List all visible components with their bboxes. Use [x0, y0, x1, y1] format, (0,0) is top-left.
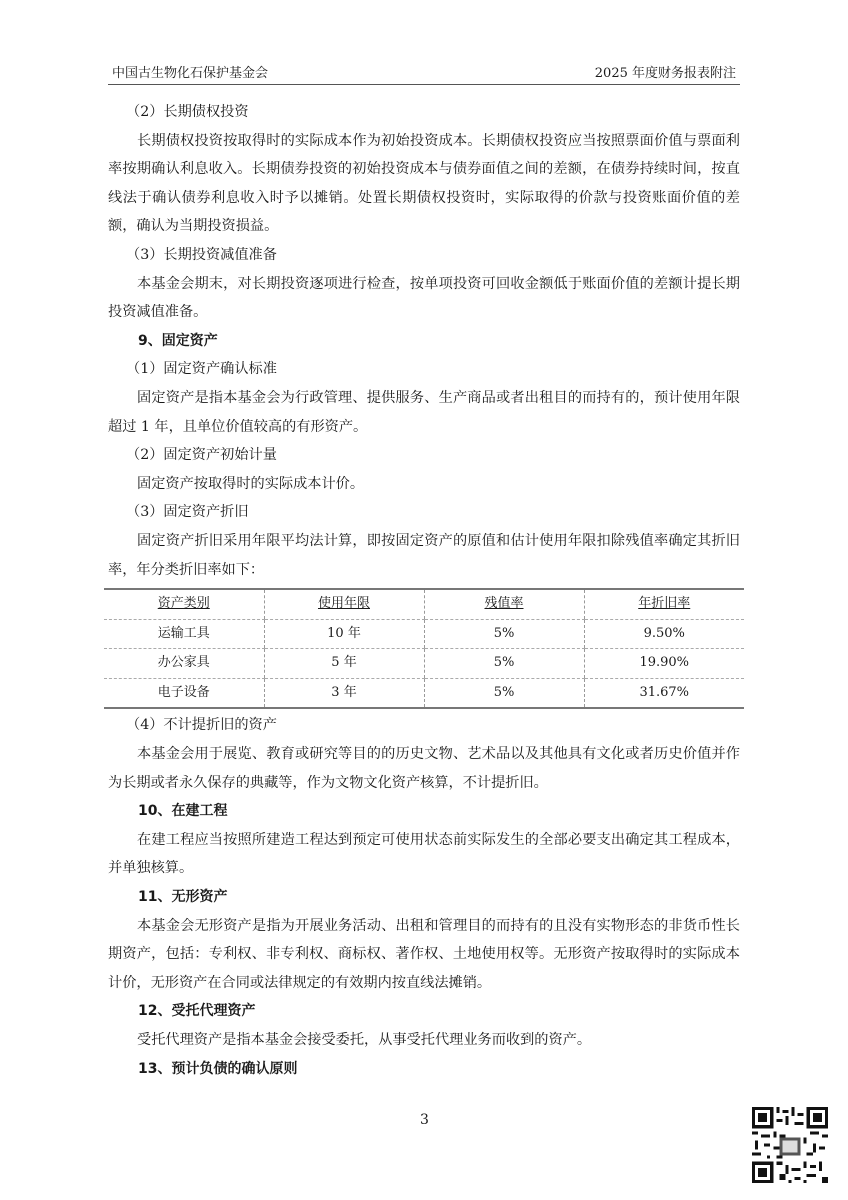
paragraph: 本基金会无形资产是指为开展业务活动、出租和管理目的而持有的且没有实物形态的非货币… [108, 912, 740, 998]
table-cell: 31.67% [584, 678, 744, 708]
table-row: 办公家具 5 年 5% 19.90% [104, 649, 744, 679]
table-cell: 9.50% [584, 619, 744, 649]
subsection-title: （4）不计提折旧的资产 [108, 711, 740, 740]
table-cell: 电子设备 [104, 678, 264, 708]
table-cell: 10 年 [264, 619, 424, 649]
paragraph: 固定资产折旧采用年限平均法计算，即按固定资产的原值和估计使用年限扣除残值率确定其… [108, 527, 740, 584]
section-heading: 12、受托代理资产 [108, 997, 740, 1026]
paragraph: 在建工程应当按照所建造工程达到预定可使用状态前实际发生的全部必要支出确定其工程成… [108, 826, 740, 883]
paragraph: 本基金会期末，对长期投资逐项进行检查，按单项投资可回收金额低于账面价值的差额计提… [108, 270, 740, 327]
document-body: （2）长期债权投资 长期债权投资按取得时的实际成本作为初始投资成本。长期债权投资… [108, 98, 740, 1083]
table-cell: 5% [424, 678, 584, 708]
table-row: 电子设备 3 年 5% 31.67% [104, 678, 744, 708]
table-cell: 办公家具 [104, 649, 264, 679]
subsection-title: （1）固定资产确认标准 [108, 355, 740, 384]
section-heading: 10、在建工程 [108, 797, 740, 826]
paragraph: 受托代理资产是指本基金会接受委托，从事受托代理业务而收到的资产。 [108, 1026, 740, 1055]
section-heading: 11、无形资产 [108, 883, 740, 912]
subsection-title: （3）固定资产折旧 [108, 498, 740, 527]
table-cell: 5 年 [264, 649, 424, 679]
subsection-title: （2）长期债权投资 [108, 98, 740, 127]
table-cell: 19.90% [584, 649, 744, 679]
table-cell: 5% [424, 649, 584, 679]
table-cell: 3 年 [264, 678, 424, 708]
paragraph: 长期债权投资按取得时的实际成本作为初始投资成本。长期债权投资应当按照票面价值与票… [108, 127, 740, 241]
table-cell: 5% [424, 619, 584, 649]
paragraph: 固定资产是指本基金会为行政管理、提供服务、生产商品或者出租目的而持有的，预计使用… [108, 384, 740, 441]
subsection-title: （3）长期投资减值准备 [108, 241, 740, 270]
page-header: 中国古生物化石保护基金会 2025 年度财务报表附注 [108, 58, 740, 85]
column-header: 使用年限 [264, 589, 424, 619]
table-cell: 运输工具 [104, 619, 264, 649]
header-report-title: 2025 年度财务报表附注 [595, 62, 736, 81]
header-organization: 中国古生物化石保护基金会 [112, 62, 268, 81]
page-number: 3 [420, 1112, 429, 1128]
paragraph: 本基金会用于展览、教育或研究等目的的历史文物、艺术品以及其他具有文化或者历史价值… [108, 740, 740, 797]
depreciation-table: 资产类别 使用年限 残值率 年折旧率 运输工具 10 年 5% 9.50% 办公… [104, 588, 744, 709]
qr-code-icon [752, 1107, 828, 1183]
table-header-row: 资产类别 使用年限 残值率 年折旧率 [104, 589, 744, 619]
column-header: 资产类别 [104, 589, 264, 619]
subsection-title: （2）固定资产初始计量 [108, 441, 740, 470]
paragraph: 固定资产按取得时的实际成本计价。 [108, 470, 740, 499]
column-header: 年折旧率 [584, 589, 744, 619]
section-heading: 9、固定资产 [108, 327, 740, 356]
table-row: 运输工具 10 年 5% 9.50% [104, 619, 744, 649]
section-heading: 13、预计负债的确认原则 [108, 1055, 740, 1084]
column-header: 残值率 [424, 589, 584, 619]
